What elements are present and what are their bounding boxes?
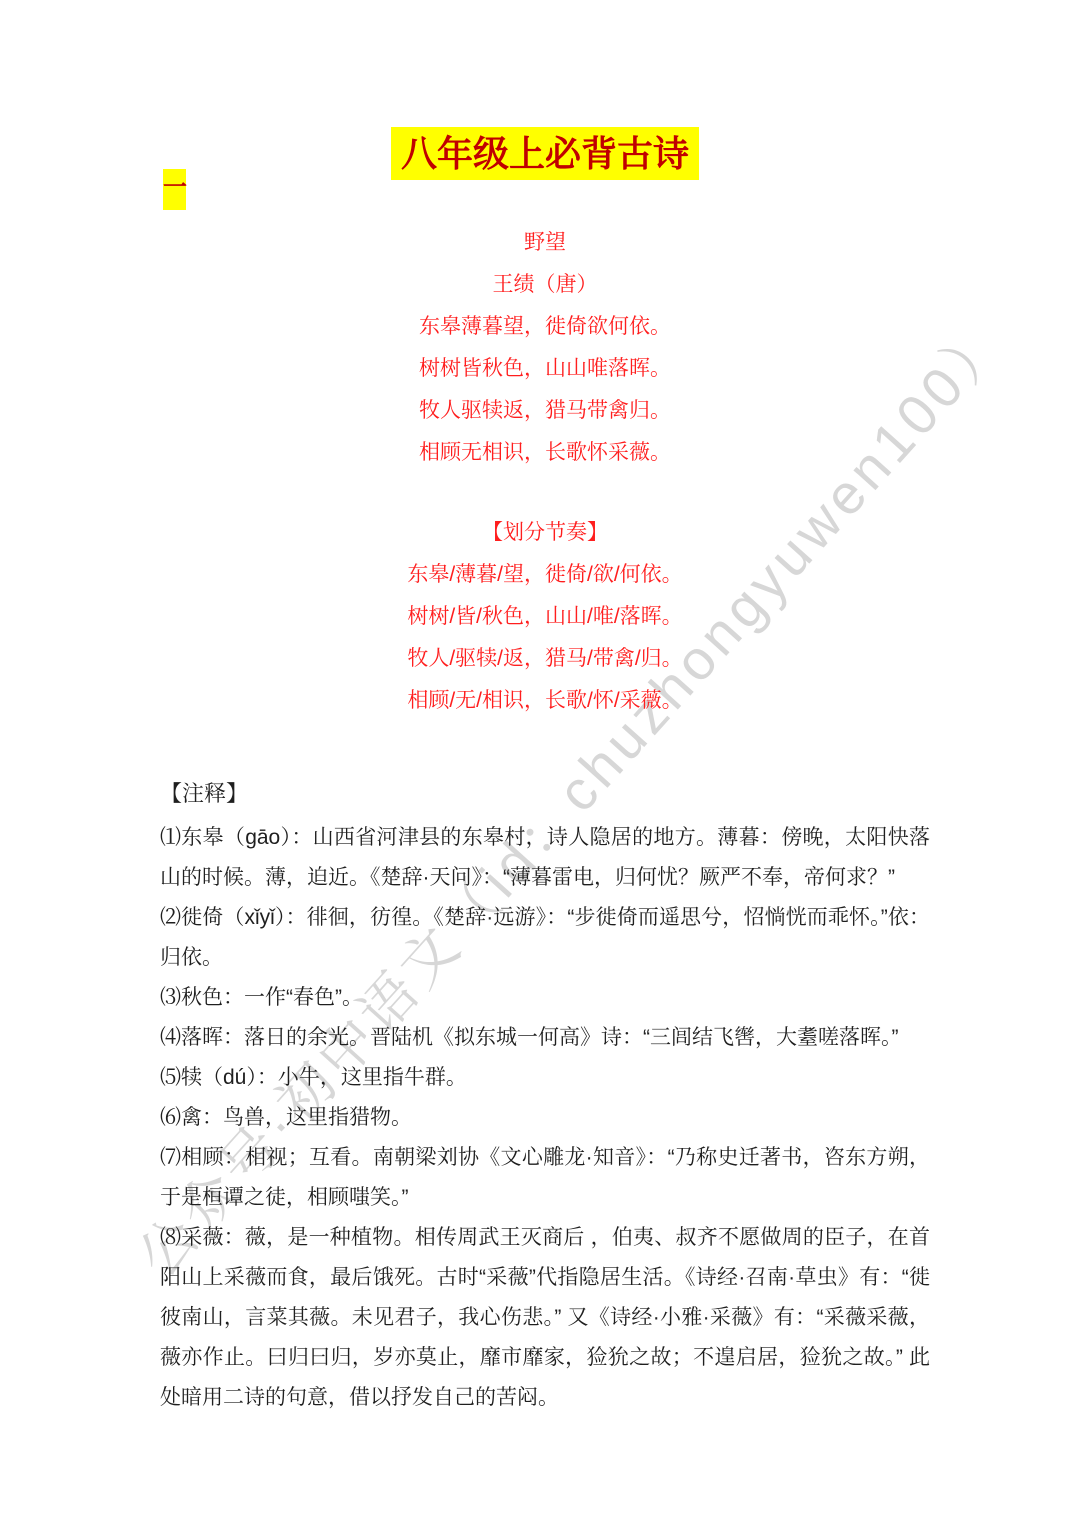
document-page: 八年级上必背古诗 一 野望 王绩（唐） 东皋薄暮望，徙倚欲何依。 树树皆秋色，山… <box>0 126 1080 1418</box>
rhythm-line-1: 东皋/薄暮/望，徙倚/欲/何依。 <box>160 554 930 596</box>
rhythm-block: 【划分节奏】 东皋/薄暮/望，徙倚/欲/何依。 树树/皆/秋色，山山/唯/落晖。… <box>160 512 930 722</box>
notes-heading: 【注释】 <box>160 772 930 816</box>
note-item-3: ⑶秋色：一作“春色”。 <box>160 978 930 1018</box>
page-title-text: 八年级上必背古诗 <box>391 127 699 180</box>
poem-line-4: 相顾无相识，长歌怀采薇。 <box>160 432 930 474</box>
rhythm-line-2: 树树/皆/秋色，山山/唯/落晖。 <box>160 596 930 638</box>
note-item-6: ⑹禽：鸟兽，这里指猎物。 <box>160 1098 930 1138</box>
note-item-7: ⑺相顾：相视；互看。南朝梁刘协《文心雕龙·知音》：“乃称史迁著书，咨东方朔，于是… <box>160 1138 930 1218</box>
poem-title: 野望 <box>160 222 930 264</box>
poem-author: 王绩（唐） <box>160 264 930 306</box>
poem-line-1: 东皋薄暮望，徙倚欲何依。 <box>160 306 930 348</box>
note-item-1: ⑴东皋（gāo）：山西省河津县的东皋村，诗人隐居的地方。薄暮：傍晚，太阳快落山的… <box>160 818 930 898</box>
poem-line-2: 树树皆秋色，山山唯落晖。 <box>160 348 930 390</box>
rhythm-line-3: 牧人/驱犊/返，猎马/带禽/归。 <box>160 638 930 680</box>
rhythm-line-4: 相顾/无/相识，长歌/怀/采薇。 <box>160 680 930 722</box>
note-item-8: ⑻采薇：薇，是一种植物。相传周武王灭商后 ，伯夷、叔齐不愿做周的臣子，在首阳山上… <box>160 1218 930 1418</box>
rhythm-heading: 【划分节奏】 <box>160 512 930 554</box>
notes-block: 【注释】 ⑴东皋（gāo）：山西省河津县的东皋村，诗人隐居的地方。薄暮：傍晚，太… <box>160 772 930 1418</box>
poem-block: 野望 王绩（唐） 东皋薄暮望，徙倚欲何依。 树树皆秋色，山山唯落晖。 牧人驱犊返… <box>160 222 930 474</box>
note-item-4: ⑷落晖：落日的余光。晋陆机《拟东城一何高》诗：“三闾结飞辔，大耋嗟落晖。” <box>160 1018 930 1058</box>
poem-line-3: 牧人驱犊返，猎马带禽归。 <box>160 390 930 432</box>
note-item-5: ⑸犊（dú）：小牛，这里指牛群。 <box>160 1058 930 1098</box>
section-number-text: 一 <box>163 169 186 210</box>
note-item-2: ⑵徙倚（xǐyǐ）：徘徊，彷徨。《楚辞·远游》：“步徙倚而遥思兮，怊惝恍而乖怀。… <box>160 898 930 978</box>
